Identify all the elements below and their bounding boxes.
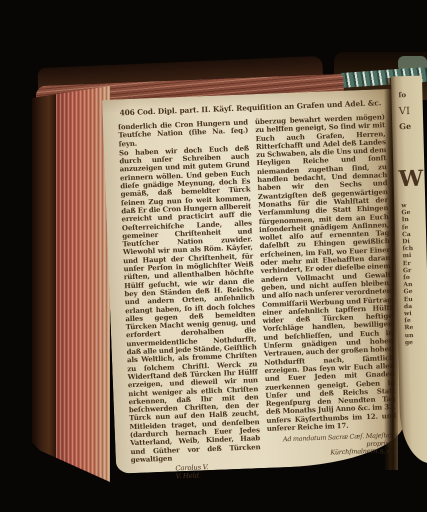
book-photo-scene: 406 Cod. Dipl. part. II. Käyſ. Requiſiti… <box>0 0 427 512</box>
book-red-page-edges <box>56 86 110 482</box>
book-cover-edge-strip <box>32 86 56 482</box>
facing-word-fragment: Ge <box>399 121 411 131</box>
text-columns: ſonderlich die Cron Hungern und Teutſche… <box>118 113 398 463</box>
closing-block: Ad mandatum Sacræ Cæſ. Majeſtatis propri… <box>267 432 398 460</box>
text-column-left: ſonderlich die Cron Hungern und Teutſche… <box>118 118 261 463</box>
open-book-page: 406 Cod. Dipl. part. II. Käyſ. Requiſiti… <box>102 89 406 474</box>
facing-header-fragment: ſo <box>398 90 406 99</box>
right-paragraph-1: überzug bewahrt werden mögen) zu helffen… <box>255 113 397 433</box>
book-fore-edge <box>32 86 110 482</box>
left-paragraph-2: So haben wir doch Euch deß durch unſer S… <box>119 144 261 464</box>
signature-block: Carolus V. V. Held. <box>131 461 262 482</box>
facing-ornamental-initial: W <box>398 168 423 191</box>
text-column-right: überzug bewahrt werden mögen) zu helffen… <box>255 113 398 458</box>
facing-line-stubs: w Ge In ſe Ca Di ſch mi Er Gr ſo An Ge E… <box>401 202 415 346</box>
facing-section-numeral: VI <box>399 106 410 117</box>
page-content: 406 Cod. Dipl. part. II. Käyſ. Requiſiti… <box>102 89 406 474</box>
